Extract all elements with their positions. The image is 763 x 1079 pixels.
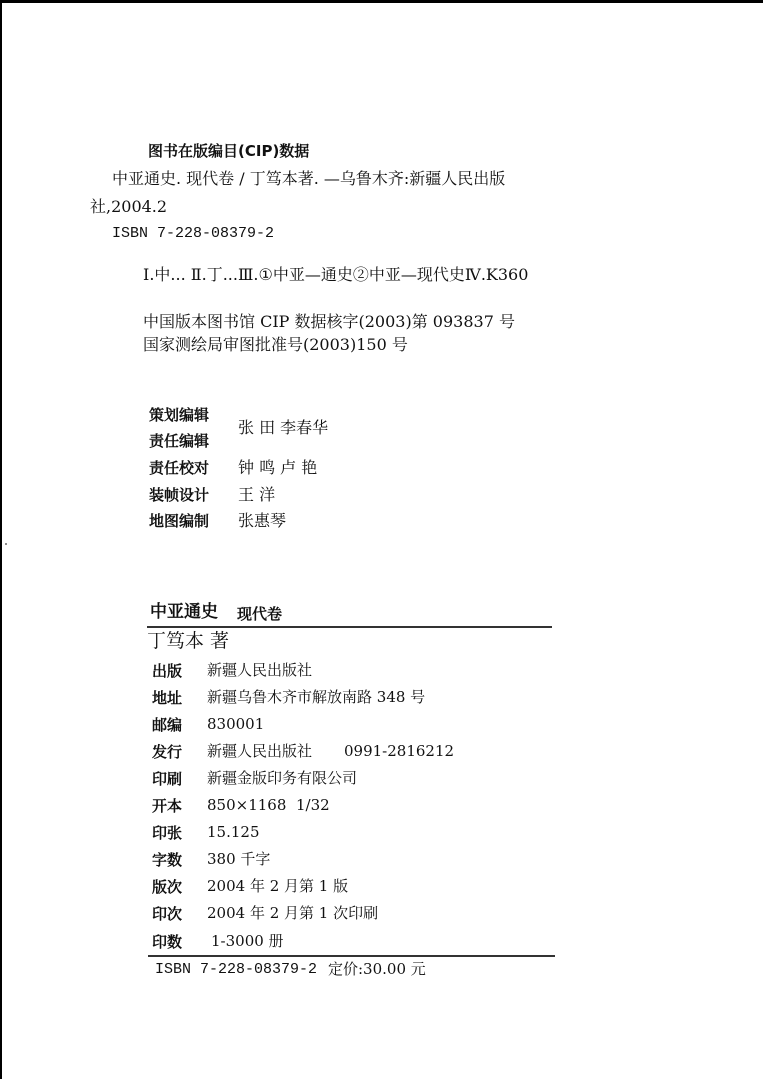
copyright-page: 图书在版编目(CIP)数据 中亚通史. 现代卷 / 丁笃本著. —乌鲁木齐:新疆…: [0, 0, 763, 1079]
scan-speck: [5, 543, 7, 545]
footer-price: 定价:30.00 元: [328, 962, 426, 977]
scan-border-left: [0, 0, 2, 1079]
staff-label-cover-design: 装帧设计: [149, 488, 209, 503]
pub-label-word-count: 字数: [152, 853, 182, 868]
pub-label-edition: 版次: [152, 880, 182, 895]
pub-value-format: 850×1168: [207, 798, 286, 813]
pub-label-distributor: 发行: [152, 745, 182, 760]
staff-value-map-compilation: 张惠琴: [238, 513, 286, 529]
pub-value-sheets: 15.125: [207, 825, 260, 840]
pub-label-printer: 印刷: [152, 772, 182, 787]
pub-value-phone: 0991-2816212: [344, 744, 454, 759]
footer-isbn: ISBN 7-228-08379-2: [155, 962, 317, 977]
pub-label-address: 地址: [152, 691, 182, 706]
map-approval-number: 国家测绘局审图批准号(2003)150 号: [143, 337, 408, 353]
cip-entry-line-2: 社,2004.2: [90, 199, 167, 215]
book-subtitle: 现代卷: [237, 607, 282, 622]
pub-label-printing: 印次: [152, 907, 182, 922]
staff-label-planning-editor: 策划编辑: [149, 408, 209, 423]
staff-value-editors: 张 田 李春华: [238, 420, 328, 436]
cip-entry-line-1: 中亚通史. 现代卷 / 丁笃本著. —乌鲁木齐:新疆人民出版: [112, 171, 505, 187]
book-title: 中亚通史: [150, 604, 218, 621]
pub-label-sheets: 印张: [152, 826, 182, 841]
staff-label-responsible-editor: 责任编辑: [149, 434, 209, 449]
pub-value-format-fraction: 1/32: [296, 798, 330, 813]
pub-label-postcode: 邮编: [152, 718, 182, 733]
scan-border-top: [0, 0, 763, 3]
pub-label-format: 开本: [152, 799, 182, 814]
footer-divider: [148, 955, 555, 957]
title-divider: [147, 626, 552, 628]
pub-value-address: 新疆乌鲁木齐市解放南路 348 号: [207, 690, 425, 705]
pub-label-publisher: 出版: [152, 664, 182, 679]
staff-label-map-compilation: 地图编制: [149, 514, 209, 529]
pub-value-word-count: 380 千字: [207, 852, 270, 867]
pub-value-distributor: 新疆人民出版社: [207, 744, 312, 759]
pub-value-edition: 2004 年 2 月第 1 版: [207, 879, 348, 894]
book-author: 丁笃本 著: [147, 632, 229, 651]
cip-classification: Ⅰ.中... Ⅱ.丁...Ⅲ.①中亚—通史②中亚—现代史Ⅳ.K360: [143, 267, 528, 283]
cip-isbn: ISBN 7-228-08379-2: [112, 226, 274, 241]
pub-value-printer: 新疆金版印务有限公司: [207, 771, 357, 786]
staff-label-proofreader: 责任校对: [149, 461, 209, 476]
pub-value-postcode: 830001: [207, 717, 264, 732]
cip-heading: 图书在版编目(CIP)数据: [148, 144, 309, 159]
staff-value-cover-design: 王 洋: [238, 487, 275, 503]
pub-value-publisher: 新疆人民出版社: [207, 663, 312, 678]
pub-label-print-run: 印数: [152, 935, 182, 950]
pub-value-print-run: 1-3000 册: [211, 934, 284, 949]
pub-value-printing: 2004 年 2 月第 1 次印刷: [207, 906, 378, 921]
staff-value-proofreader: 钟 鸣 卢 艳: [238, 460, 317, 476]
cip-verification-number: 中国版本图书馆 CIP 数据核字(2003)第 093837 号: [143, 314, 515, 330]
